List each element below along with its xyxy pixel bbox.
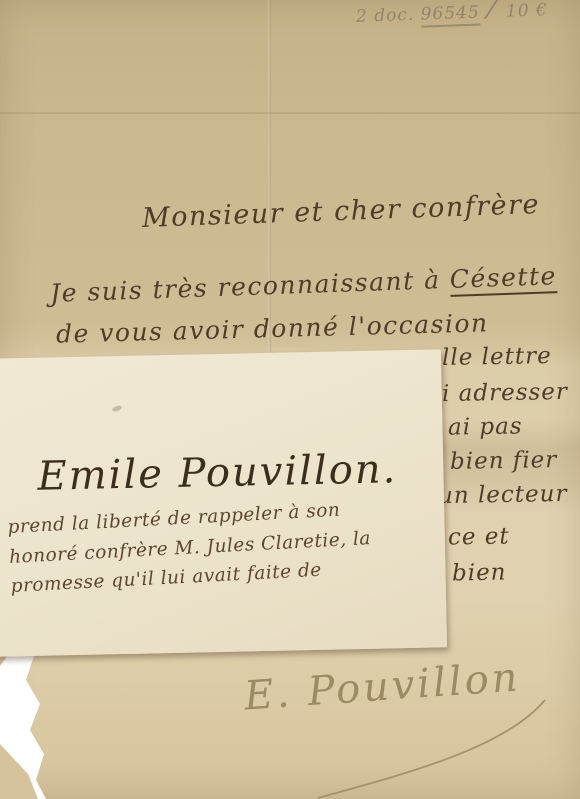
letter-body-line-1: Je suis très reconnaissant à Césette	[50, 261, 558, 308]
letter-fragment: i adresser	[442, 379, 568, 407]
annotation-price: 10 €	[506, 0, 549, 21]
signature-flourish	[200, 690, 580, 799]
letter-body-line-2: de vous avoir donné l'occasion	[56, 308, 489, 348]
letter-fragment: ce et	[448, 523, 510, 550]
card-handwritten-note: prend la liberté de rappeler à son honor…	[7, 491, 433, 602]
dealer-pencil-annotation: 2 doc. 96545 / 10 €	[356, 0, 577, 27]
card-printed-name: Emile Pouvillon.	[0, 445, 444, 500]
annotation-prefix: 2 doc.	[356, 5, 415, 27]
letter-fragment: lle lettre	[442, 343, 552, 371]
fold-crease-horizontal	[0, 112, 580, 114]
card-smudge-mark	[111, 404, 122, 412]
letter-fragment: bien fier	[450, 447, 558, 475]
letter-line1-underlined-word: Césette	[449, 261, 557, 297]
letter-fragment: bien	[452, 560, 507, 587]
letter-line1-text: Je suis très reconnaissant à	[50, 265, 451, 308]
letter-fragment: un lecteur	[438, 481, 568, 509]
letter-fragment: ai pas	[448, 413, 523, 440]
letter-salutation: Monsieur et cher confrère	[142, 189, 541, 234]
annotation-number: 96545	[420, 3, 480, 28]
photo-of-letter: 2 doc. 96545 / 10 € Monsieur et cher con…	[0, 0, 580, 799]
visiting-card: Emile Pouvillon. prend la liberté de rap…	[0, 349, 447, 656]
annotation-separator: /	[486, 2, 497, 17]
